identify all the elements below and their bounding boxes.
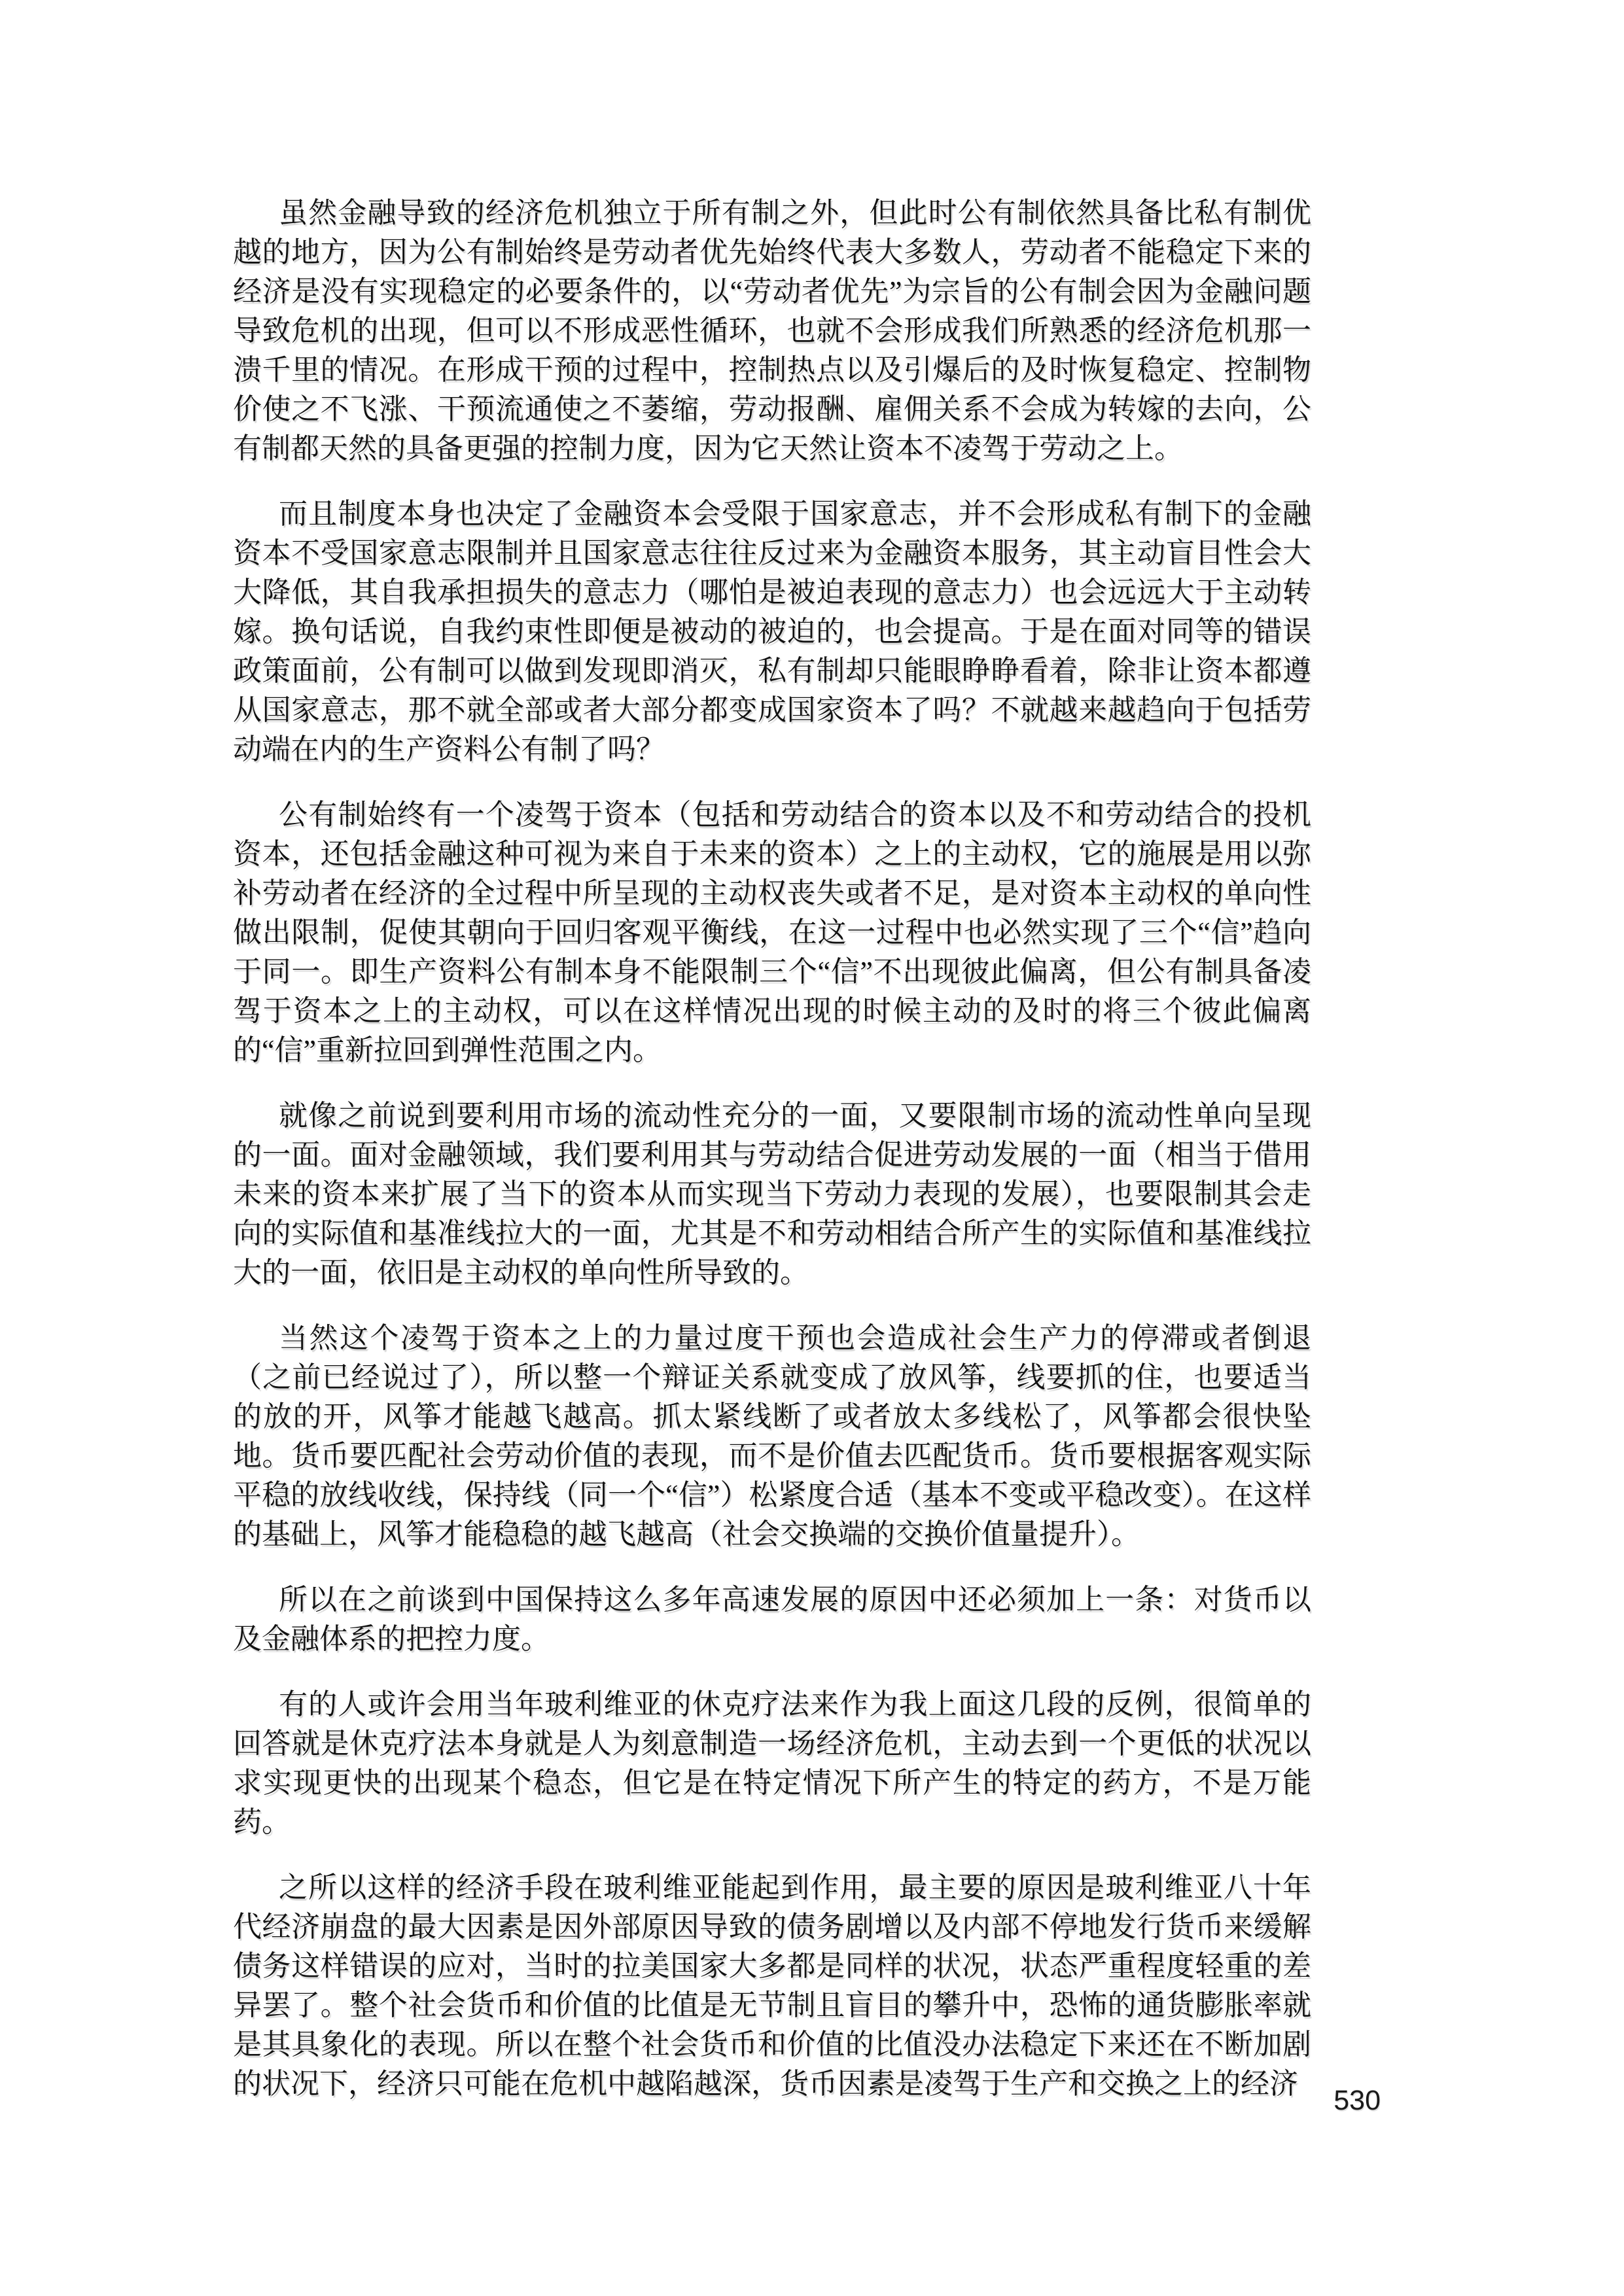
paragraph-3: 公有制始终有一个凌驾于资本（包括和劳动结合的资本以及不和劳动结合的投机资本，还包… bbox=[233, 795, 1311, 1070]
paragraph-1: 虽然金融导致的经济危机独立于所有制之外，但此时公有制依然具备比私有制优越的地方，… bbox=[233, 194, 1311, 468]
text-block: 虽然金融导致的经济危机独立于所有制之外，但此时公有制依然具备比私有制优越的地方，… bbox=[233, 194, 1311, 2130]
paragraph-4: 就像之前说到要利用市场的流动性充分的一面，又要限制市场的流动性单向呈现的一面。面… bbox=[233, 1096, 1311, 1293]
paragraph-7: 有的人或许会用当年玻利维亚的休克疗法来作为我上面这几段的反例，很简单的回答就是休… bbox=[233, 1685, 1311, 1842]
paragraph-6: 所以在之前谈到中国保持这么多年高速发展的原因中还必须加上一条：对货币以及金融体系… bbox=[233, 1580, 1311, 1659]
paragraph-8: 之所以这样的经济手段在玻利维亚能起到作用，最主要的原因是玻利维亚八十年代经济崩盘… bbox=[233, 1868, 1311, 2104]
page-number: 530 bbox=[1333, 2085, 1381, 2115]
paragraph-5: 当然这个凌驾于资本之上的力量过度干预也会造成社会生产力的停滞或者倒退（之前已经说… bbox=[233, 1319, 1311, 1554]
document-page: 虽然金融导致的经济危机独立于所有制之外，但此时公有制依然具备比私有制优越的地方，… bbox=[0, 0, 1624, 2296]
paragraph-2: 而且制度本身也决定了金融资本会受限于国家意志，并不会形成私有制下的金融资本不受国… bbox=[233, 495, 1311, 769]
